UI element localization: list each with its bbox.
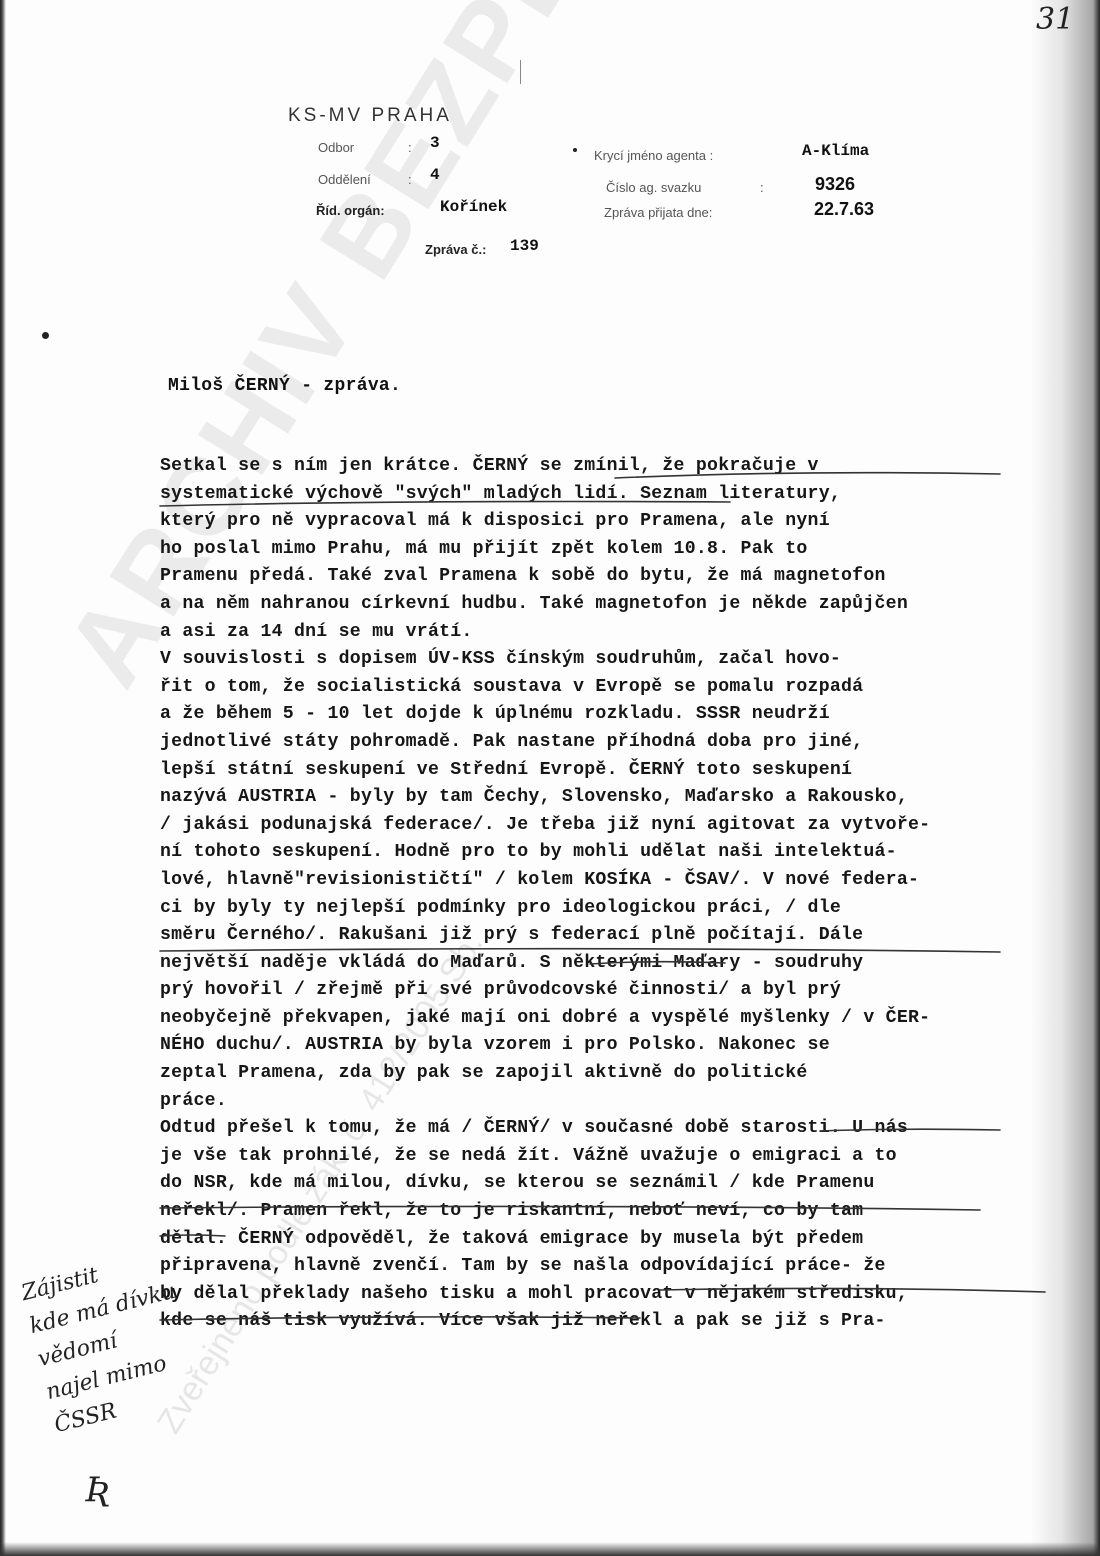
document-page: ARCHIV BEZPEČNOSTNÍCH SLOŽEK Zveřejněno …	[0, 0, 1100, 1556]
handwritten-initial: Ʀ	[85, 1470, 111, 1510]
